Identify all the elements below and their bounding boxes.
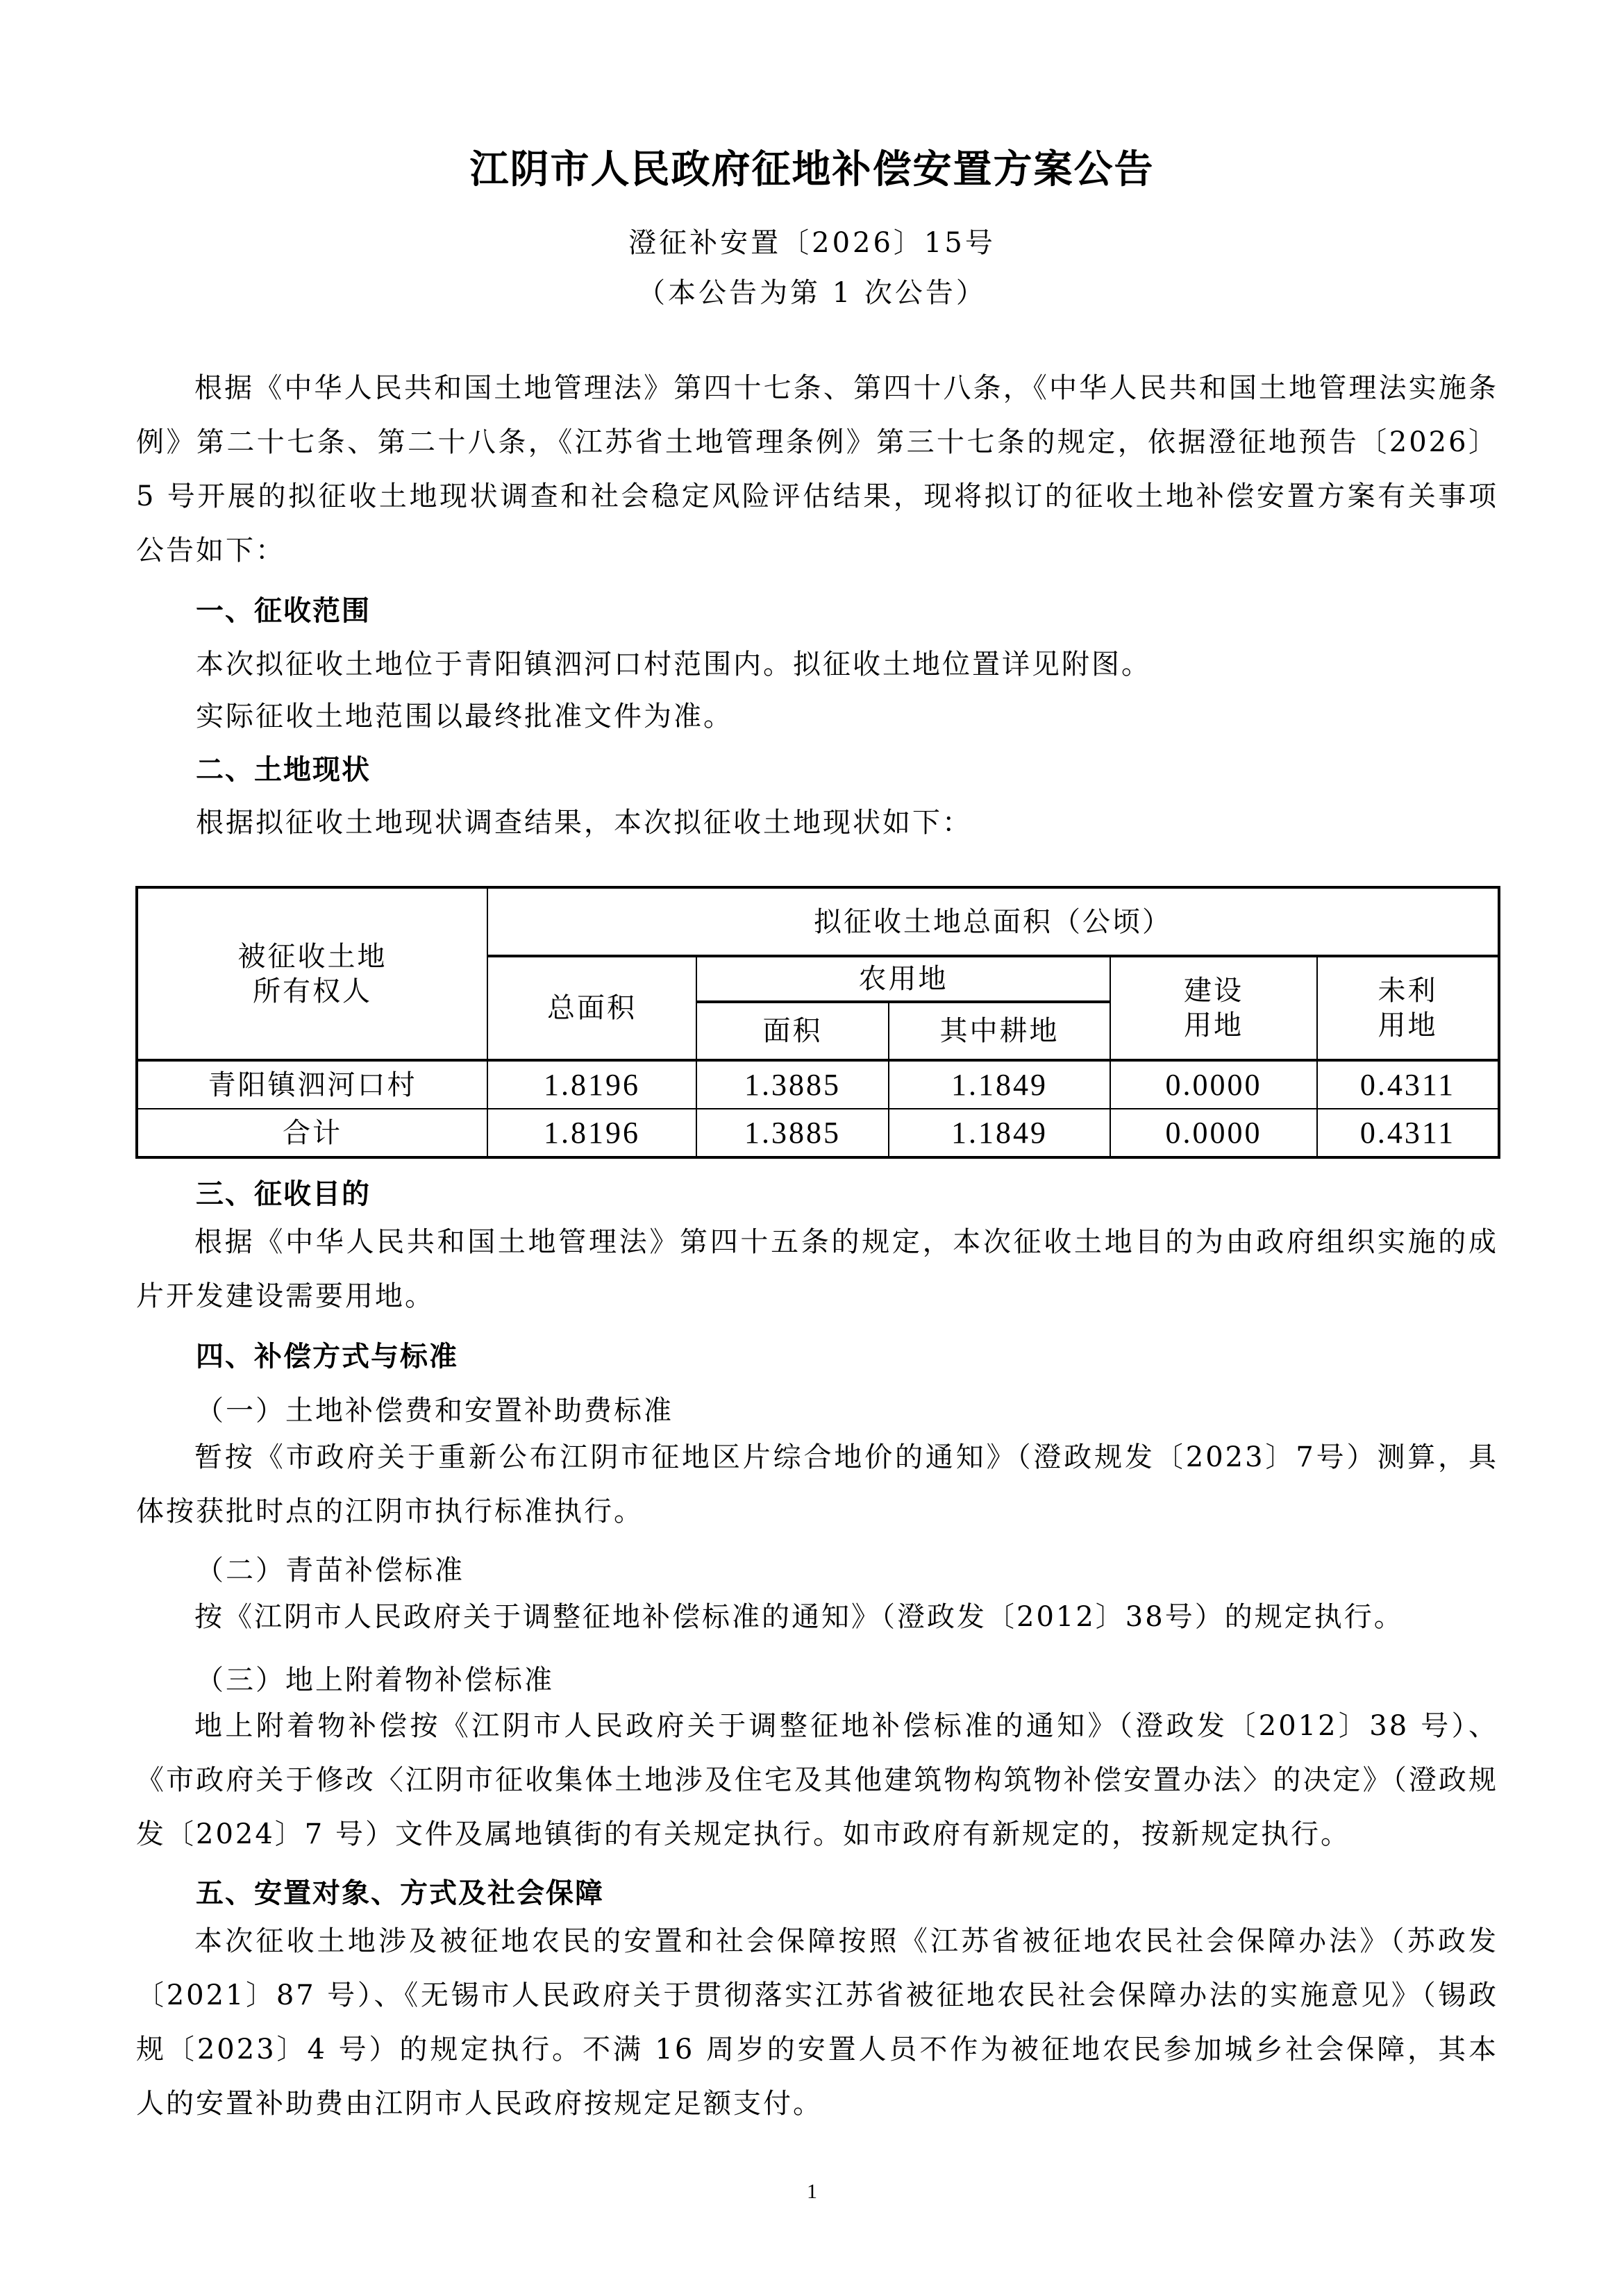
subsection-crop-compensation: （二）青苗补偿标准 [196,1548,464,1588]
header-construction-line1: 建设 [1111,973,1316,1008]
cell-total: 1.8196 [487,1060,696,1109]
scope-line-1: 本次拟征收土地位于青阳镇泗河口村范围内。拟征收土地位置详见附图。 [196,642,1151,682]
section-heading-land-status: 二、土地现状 [196,748,371,787]
page-number: 1 [0,2180,1624,2204]
cell-construction: 0.0000 [1110,1109,1317,1157]
land-area-table: 被征收土地 所有权人 拟征收土地总面积（公顷） 总面积 农用地 建设 用地 未利… [135,886,1500,1159]
header-unused: 未利 用地 [1317,956,1499,1060]
cell-total: 1.8196 [487,1109,696,1157]
header-owner-line2: 所有权人 [138,974,487,1009]
header-unused-line2: 用地 [1318,1008,1498,1043]
purpose-paragraph: 根据《中华人民共和国土地管理法》第四十五条的规定，本次征收土地目的为由政府组织实… [136,1215,1498,1323]
intro-paragraph: 根据《中华人民共和国土地管理法》第四十七条、第四十八条，《中华人民共和国土地管理… [136,361,1498,578]
cell-owner: 青阳镇泗河口村 [137,1060,487,1109]
cell-cultivated: 1.1849 [889,1060,1110,1109]
scope-line-2: 实际征收土地范围以最终批准文件为准。 [196,694,733,734]
cell-agri-area: 1.3885 [696,1109,889,1157]
header-agri: 农用地 [696,956,1110,1002]
document-page: 江阴市人民政府征地补偿安置方案公告 澄征补安置〔2026〕15号 （本公告为第 … [0,0,1624,2296]
notice-count: （本公告为第 1 次公告） [0,271,1624,310]
header-construction: 建设 用地 [1110,956,1317,1060]
land-status-line: 根据拟征收土地现状调查结果，本次拟征收土地现状如下： [196,801,972,840]
section-heading-resettlement: 五、安置对象、方式及社会保障 [196,1871,604,1911]
cell-cultivated: 1.1849 [889,1109,1110,1157]
section-heading-compensation: 四、补偿方式与标准 [196,1334,458,1374]
section-heading-scope: 一、征收范围 [196,589,371,628]
attachments-compensation-paragraph: 地上附着物补偿按《江阴市人民政府关于调整征地补偿标准的通知》（澄政发〔2012〕… [136,1699,1498,1861]
document-title: 江阴市人民政府征地补偿安置方案公告 [0,139,1624,194]
header-agri-cultivated: 其中耕地 [889,1002,1110,1060]
header-total-area: 拟征收土地总面积（公顷） [487,887,1499,956]
resettlement-paragraph: 本次征收土地涉及被征地农民的安置和社会保障按照《江苏省被征地农民社会保障办法》（… [136,1914,1498,2131]
crop-compensation-paragraph: 按《江阴市人民政府关于调整征地补偿标准的通知》（澄政发〔2012〕38号）的规定… [136,1590,1498,1644]
document-number: 澄征补安置〔2026〕15号 [0,221,1624,260]
header-construction-line2: 用地 [1111,1008,1316,1043]
cell-agri-area: 1.3885 [696,1060,889,1109]
subsection-land-compensation: （一）土地补偿费和安置补助费标准 [196,1389,673,1428]
header-agri-area: 面积 [696,1002,889,1060]
header-total: 总面积 [487,956,696,1060]
header-owner: 被征收土地 所有权人 [137,887,487,1060]
header-unused-line1: 未利 [1318,973,1498,1008]
cell-owner: 合计 [137,1109,487,1157]
header-owner-line1: 被征收土地 [138,939,487,974]
table-row: 青阳镇泗河口村 1.8196 1.3885 1.1849 0.0000 0.43… [137,1060,1499,1109]
cell-unused: 0.4311 [1317,1109,1499,1157]
cell-construction: 0.0000 [1110,1060,1317,1109]
cell-unused: 0.4311 [1317,1060,1499,1109]
table-row-total: 合计 1.8196 1.3885 1.1849 0.0000 0.4311 [137,1109,1499,1157]
section-heading-purpose: 三、征收目的 [196,1172,371,1212]
subsection-attachments-compensation: （三）地上附着物补偿标准 [196,1658,554,1698]
land-compensation-paragraph: 暂按《市政府关于重新公布江阴市征地区片综合地价的通知》（澄政规发〔2023〕7号… [136,1430,1498,1539]
